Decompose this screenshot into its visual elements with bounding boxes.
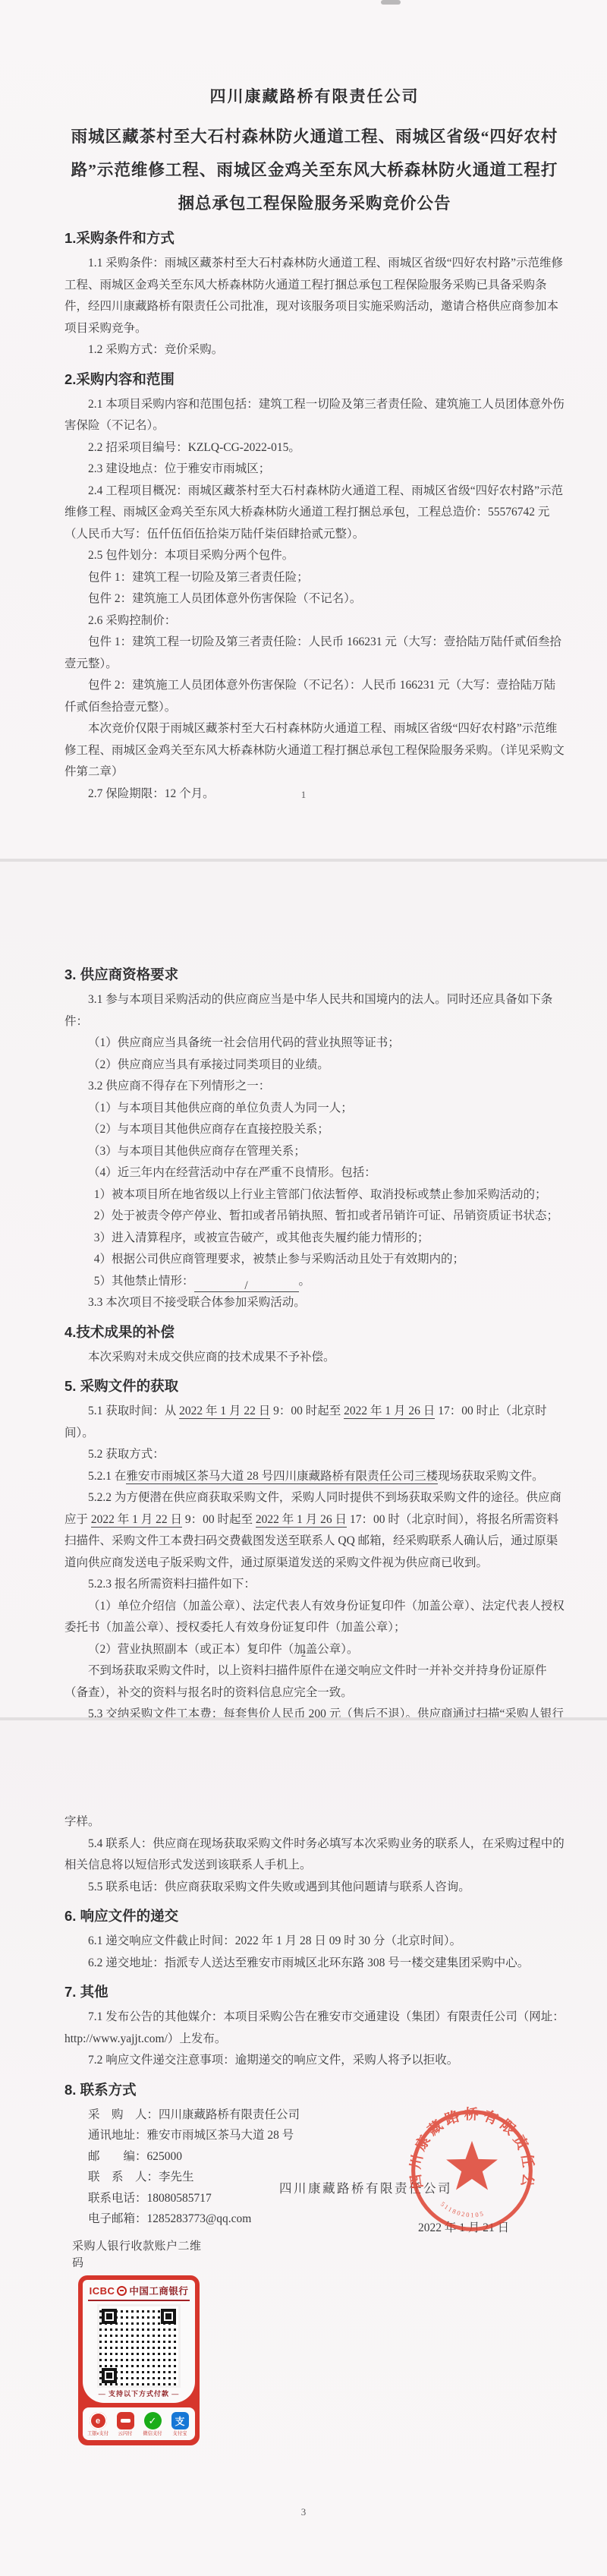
para-2-6-item-2: 包件 2：建筑施工人员团体意外伤害保险（不记名）：人民币 166231 元（大写… [64, 675, 565, 718]
qr-label: 采购人银行收款账户二维码 [72, 2238, 206, 2272]
bank-header: ICBC 中国工商银行 [88, 2284, 190, 2301]
contact-value: 1285283773@qq.com [147, 2212, 252, 2225]
page-1: 四川康藏路桥有限责任公司 雨城区藏茶村至大石村森林防火通道工程、雨城区省级“四好… [0, 0, 607, 859]
company-title: 四川康藏路桥有限责任公司 [64, 85, 565, 108]
blank-line: / [194, 1279, 299, 1292]
contact-label: 联系电话： [88, 2192, 147, 2205]
para-5-3-continuation: 字样。 [64, 1811, 565, 1833]
para-2-2: 2.2 招采项目编号：KZLQ-CG-2022-015。 [64, 437, 565, 459]
para-6-2: 6.2 递交地址：指派专人送达至雅安市雨城区北环东路 308 号一楼交建集团采购… [64, 1953, 565, 1975]
section-4-heading: 4.技术成果的补偿 [64, 1320, 565, 1345]
para-3-1-item-2: （2）供应商应当具有承接过同类项目的业绩。 [64, 1055, 565, 1077]
payment-method: 支付宝 [168, 2412, 192, 2437]
qr-finder-icon [161, 2309, 176, 2324]
wechat-pay-icon [144, 2412, 162, 2429]
section-8-heading: 8. 联系方式 [64, 2077, 565, 2102]
p522-date-2: 2022 年 1 月 26 日 [256, 1513, 347, 1528]
para-3-2-item-3: （3）与本项目其他供应商存在管理关系； [64, 1141, 565, 1163]
icbc-epay-icon [90, 2412, 107, 2429]
contact-value: 雅安市雨城区茶马大道 28 号 [147, 2129, 294, 2142]
para-5-2-3: 5.2.3 报名所需资料扫描件如下： [64, 1574, 565, 1596]
para-3-2-sub-4: 4）根据公司供应商管理要求，被禁止参与采购活动且处于有效期内的； [64, 1249, 565, 1271]
contact-label: 联 系 人： [88, 2171, 159, 2183]
p522-seg: 9：00 时起至 [182, 1513, 256, 1526]
para-3-2-sub-5: 5）其他禁止情形：/。 [64, 1271, 565, 1293]
qr-finder-icon [102, 2309, 117, 2324]
company-seal: 四川康藏路桥有限责任公司 5118020105 [407, 2106, 536, 2235]
payment-method-label: 工银e支付 [87, 2430, 109, 2436]
scan-artifact [381, 0, 401, 5]
para-3-2-sub-1: 1）被本项目所在地省级以上行业主管部门依法暂停、取消投标或禁止参加采购活动的； [64, 1184, 565, 1206]
para-2-3: 2.3 建设地点：位于雅安市雨城区； [64, 459, 565, 481]
para-5-2-2: 5.2.2 为方便潜在供应商获取采购文件，采购人同时提供不到场获取采购文件的途径… [64, 1487, 565, 1574]
qr-panel: ICBC 中国工商银行 — 支持以下方式付款 — [83, 2280, 195, 2403]
para-4: 本次采购对未成交供应商的技术成果不予补偿。 [64, 1347, 565, 1369]
section-5-heading: 5. 采购文件的获取 [64, 1373, 565, 1398]
section-7-heading: 7. 其他 [64, 1979, 565, 2004]
p51-date-2: 2022 年 1 月 26 日 [344, 1405, 435, 1419]
blank-slash: / [244, 1279, 247, 1292]
para-2-6: 2.6 采购控制价： [64, 610, 565, 632]
para-1-2: 1.2 采购方式：竞价采购。 [64, 339, 565, 361]
para-3-1-item-1: （1）供应商应当具备统一社会信用代码的营业执照等证书； [64, 1033, 565, 1055]
para-5-2: 5.2 获取方式： [64, 1444, 565, 1466]
para-2-5-item-1: 包件 1：建筑工程一切险及第三者责任险； [64, 567, 565, 589]
p51-seg: 9：00 时起至 [270, 1405, 344, 1417]
contact-value: 18080585717 [147, 2192, 212, 2205]
para-2-5: 2.5 包件划分：本项目采购分两个包件。 [64, 545, 565, 567]
payment-method-label: 云闪付 [115, 2430, 137, 2436]
page-number-3: 3 [0, 2506, 607, 2518]
contact-label: 电子邮箱： [88, 2212, 147, 2225]
seal-star-icon [446, 2141, 498, 2190]
contact-value: 625000 [147, 2150, 183, 2163]
section-6-heading: 6. 响应文件的递交 [64, 1903, 565, 1928]
para-3-2-sub-3: 3）进入清算程序，或被宣告破产，或其他丧失履约能力情形的； [64, 1228, 565, 1250]
qr-code [99, 2306, 178, 2385]
para-5-2-1: 5.2.1 在雅安市雨城区茶马大道 28 号四川康藏路桥有限责任公司三楼现场获取… [64, 1466, 565, 1488]
section-3-heading: 3. 供应商资格要求 [64, 962, 565, 987]
contact-value: 四川康藏路桥有限责任公司 [159, 2108, 300, 2121]
para-3-2: 3.2 供应商不得存在下列情形之一： [64, 1076, 565, 1098]
sub-5-period: 。 [299, 1275, 311, 1288]
sub-5-text: 5）其他禁止情形： [94, 1275, 194, 1288]
para-2-4: 2.4 工程项目概况：雨城区藏茶村至大石村森林防火通道工程、雨城区省级“四好农村… [64, 481, 565, 546]
para-5-1: 5.1 获取时间：从 2022 年 1 月 22 日 9：00 时起至 2022… [64, 1401, 565, 1444]
para-3-3: 3.3 本次项目不接受联合体参加采购活动。 [64, 1292, 565, 1314]
para-7-1: 7.1 发布公告的其他媒介：本项目采购公告在雅安市交通建设（集团）有限责任公司（… [64, 2007, 565, 2050]
qr-support-text: — 支持以下方式付款 — [86, 2389, 192, 2398]
payment-method: 云闪付 [113, 2412, 137, 2437]
payment-method: 工银e支付 [86, 2412, 110, 2437]
scanned-procurement-announcement: 四川康藏路桥有限责任公司 雨城区藏茶村至大石村森林防火通道工程、雨城区省级“四好… [0, 0, 607, 2576]
payment-method-label: 支付宝 [169, 2430, 191, 2436]
alipay-icon [171, 2412, 189, 2429]
para-5-2-3-note: 不到场获取采购文件时，以上资料扫描件原件在递交响应文件时一并补交并持身份证原件（… [64, 1660, 565, 1704]
contact-label: 采 购 人： [88, 2108, 159, 2121]
para-3-1: 3.1 参与本项目采购活动的供应商应当是中华人民共和国境内的法人。同时还应具备如… [64, 989, 565, 1033]
p51-seg: 5.1 获取时间：从 [88, 1405, 179, 1417]
para-3-2-item-4: （4）近三年内在经营活动中存在严重不良情形。包括： [64, 1162, 565, 1184]
para-3-2-item-2: （2）与本项目其他供应商存在直接控股关系； [64, 1119, 565, 1141]
page-3: 字样。 5.4 联系人：供应商在现场获取采购文件时务必填写本次采购业务的联系人，… [0, 1717, 607, 2576]
para-2-scope: 本次竞价仅限于雨城区藏茶村至大石村森林防火通道工程、雨城区省级“四好农村路”示范… [64, 718, 565, 784]
para-5-5: 5.5 联系电话：供应商获取采购文件失败或遇到其他问题请与联系人咨询。 [64, 1877, 565, 1899]
icbc-qr-card: ICBC 中国工商银行 — 支持以下方式付款 — 工银e支付 [78, 2275, 200, 2445]
para-6-1: 6.1 递交响应文件截止时间：2022 年 1 月 28 日 09 时 30 分… [64, 1931, 565, 1953]
p521-seg: 现场获取采购文件。 [438, 1470, 544, 1483]
page-number-1: 1 [0, 789, 607, 801]
contact-label: 通讯地址： [88, 2129, 147, 2142]
seal-serial: 5118020105 [439, 2200, 486, 2219]
para-2-6-item-1: 包件 1：建筑工程一切险及第三者责任险：人民币 166231 元（大写：壹拾陆万… [64, 632, 565, 675]
contact-value: 李先生 [159, 2171, 194, 2183]
payment-method-label: 微信支付 [142, 2430, 164, 2436]
p521-seg: 5.2.1 在 [88, 1470, 126, 1483]
para-3-2-sub-2: 2）处于被责令停产停业、暂扣或者吊销执照、暂扣或者吊销许可证、吊销资质证书状态； [64, 1206, 565, 1228]
bank-name: 中国工商银行 [129, 2284, 188, 2297]
para-2-1: 2.1 本项目采购内容和范围包括：建筑工程一切险及第三者责任险、建筑施工人员团体… [64, 394, 565, 437]
bank-short-name: ICBC [90, 2285, 115, 2297]
section-1-heading: 1.采购条件和方式 [64, 225, 565, 251]
contact-label: 邮 编： [88, 2150, 147, 2163]
section-2-heading: 2.采购内容和范围 [64, 367, 565, 392]
para-7-2: 7.2 响应文件递交注意事项：逾期递交的响应文件，采购人将予以拒收。 [64, 2050, 565, 2072]
p51-date-1: 2022 年 1 月 22 日 [179, 1405, 270, 1419]
p521-address: 雅安市雨城区茶马大道 28 号四川康藏路桥有限责任公司三楼 [126, 1470, 438, 1484]
para-2-5-item-2: 包件 2：建筑施工人员团体意外伤害保险（不记名）。 [64, 588, 565, 610]
p522-date-1: 2022 年 1 月 22 日 [91, 1513, 182, 1528]
unionpay-quickpass-icon [117, 2412, 134, 2429]
svg-text:5118020105: 5118020105 [439, 2200, 486, 2219]
para-5-3: 5.3 交纳采购文件工本费：每套售价人民币 200 元（售后不退）。供应商通过扫… [64, 1704, 565, 1717]
page-number-2: 2 [0, 1647, 607, 1660]
para-5-4: 5.4 联系人：供应商在现场获取采购文件时务必填写本次采购业务的联系人，在采购过… [64, 1833, 565, 1877]
para-3-2-item-1: （1）与本项目其他供应商的单位负责人为同一人； [64, 1098, 565, 1120]
icbc-logo-icon [117, 2286, 127, 2296]
announcement-title: 雨城区藏茶村至大石村森林防火通道工程、雨城区省级“四好农村路”示范维修工程、雨城… [64, 120, 565, 220]
payment-qr-block: 采购人银行收款账户二维码 ICBC 中国工商银行 — 支持以下方式付款 — [72, 2238, 206, 2445]
para-5-2-3-item-1: （1）单位介绍信（加盖公章）、法定代表人有效身份证复印件（加盖公章）、法定代表人… [64, 1596, 565, 1639]
qr-finder-icon [102, 2368, 117, 2383]
payment-method: 微信支付 [140, 2412, 165, 2437]
para-1-1: 1.1 采购条件：雨城区藏茶村至大石村森林防火通道工程、雨城区省级“四好农村路”… [64, 253, 565, 339]
page-2: 3. 供应商资格要求 3.1 参与本项目采购活动的供应商应当是中华人民共和国境内… [0, 859, 607, 1717]
payment-methods-row: 工银e支付 云闪付 微信支付 支付宝 [83, 2407, 195, 2440]
